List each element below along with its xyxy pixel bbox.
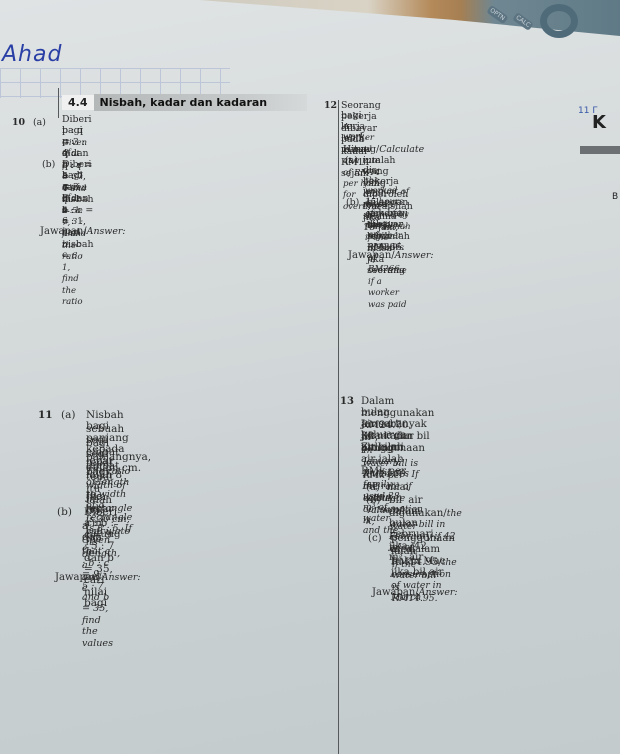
part-label: (a) xyxy=(345,155,358,166)
handwritten-name: Ahad xyxy=(2,42,62,67)
margin-letter-b: B xyxy=(612,192,618,202)
part-label: (b) xyxy=(42,159,55,170)
margin-bar xyxy=(580,146,620,154)
q13-answer-label: Jawapan/Answer: xyxy=(372,587,458,598)
part-label: (a) xyxy=(33,117,46,128)
part-label: (a) xyxy=(61,410,75,421)
section-header: 4.4 Nisbah, kadar dan kadaran xyxy=(62,94,307,111)
q12-calculate: Hitung/Calculate xyxy=(343,144,424,155)
left-margin-line xyxy=(58,88,59,118)
margin-letter-k: K xyxy=(592,112,606,133)
question-number: 11 xyxy=(38,410,53,421)
part-label: (c) xyxy=(368,533,382,544)
question-number: 10 xyxy=(12,117,25,128)
part-label: (b) xyxy=(346,197,359,208)
calculator-dpad xyxy=(540,4,578,38)
section-title: Nisbah, kadar dan kadaran xyxy=(94,94,308,111)
part-label: (b) xyxy=(57,507,72,518)
column-divider xyxy=(338,100,339,754)
q11-answer-label: Jawapan/Answer: xyxy=(55,572,141,583)
question-number: 12 xyxy=(324,100,337,111)
q12-answer-label: Jawapan/Answer: xyxy=(348,250,434,261)
question-number: 13 xyxy=(340,396,354,407)
q10-answer-label: Jawapan/Answer: xyxy=(40,226,126,237)
q12-english-line2: work. xyxy=(343,132,368,143)
part-label: (b) xyxy=(366,495,380,506)
section-number: 4.4 xyxy=(62,95,94,110)
